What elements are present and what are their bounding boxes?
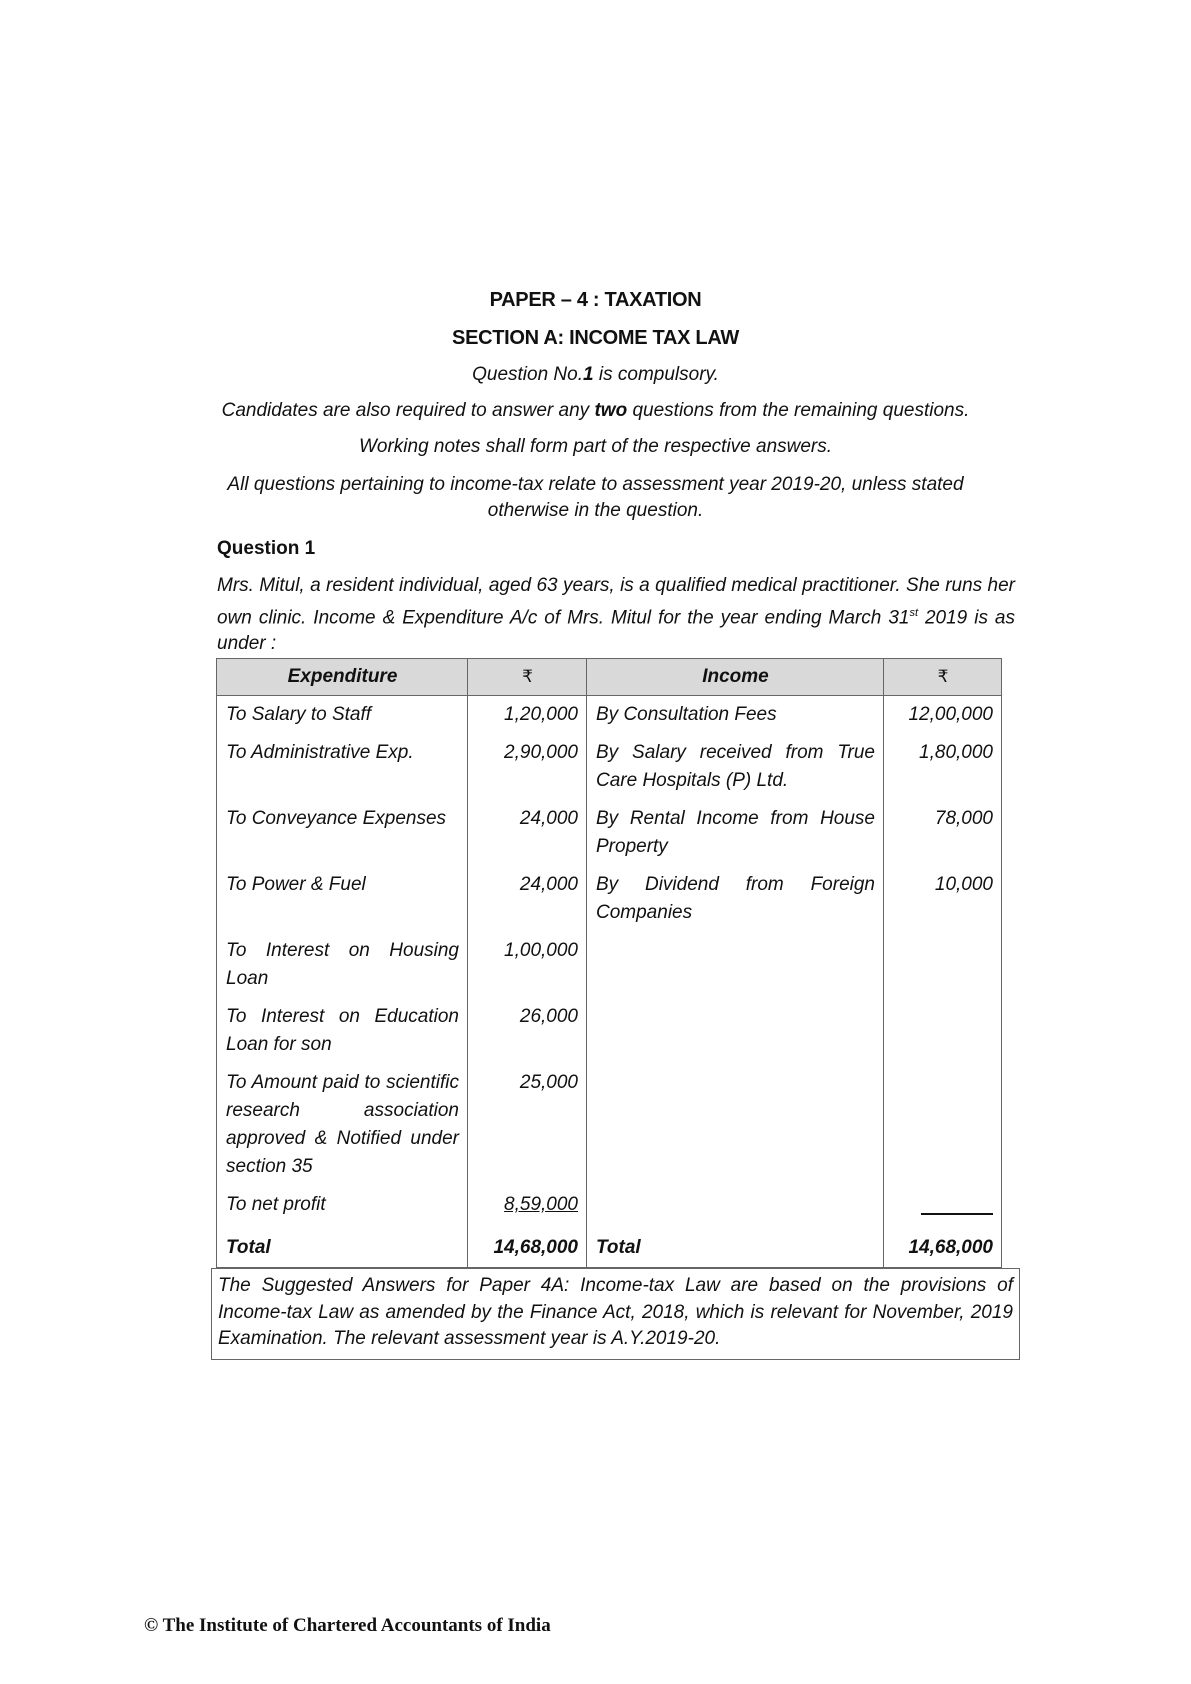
amount-value: 24,000: [520, 874, 578, 895]
total-label: Total: [217, 1229, 468, 1268]
table-row: To Power & Fuel24,000By Dividend from Fo…: [217, 866, 1002, 932]
header-rupee-icon: ₹: [468, 659, 587, 696]
instruction-text: Candidates are also required to answer a…: [222, 400, 595, 421]
expenditure-item: To Administrative Exp.: [217, 734, 468, 800]
income-item: By Salary received from True Care Hospit…: [587, 734, 884, 800]
instruction-emphasis: two: [594, 400, 627, 421]
total-label: Total: [587, 1229, 884, 1268]
instruction-line: All questions pertaining to income-tax r…: [227, 474, 963, 495]
rupee-icon: ₹: [522, 667, 533, 687]
amount-value: 1,20,000: [504, 704, 578, 725]
amount-value: 24,000: [520, 808, 578, 829]
income-item: [587, 932, 884, 998]
total-income: 14,68,000: [884, 1229, 1002, 1268]
expenditure-amount: 2,90,000: [468, 734, 587, 800]
expenditure-amount: 25,000: [468, 1064, 587, 1186]
expenditure-amount: 8,59,000: [468, 1186, 587, 1229]
income-item: [587, 998, 884, 1064]
table-row: To net profit8,59,000: [217, 1186, 1002, 1229]
income-amount: [884, 1186, 1002, 1229]
table-row: To Interest on Education Loan for son26,…: [217, 998, 1002, 1064]
amount-value: 8,59,000: [504, 1194, 578, 1215]
amount-value: 1,80,000: [919, 742, 993, 763]
instruction-line: otherwise in the question.: [488, 500, 703, 521]
total-row: Total14,68,000Total14,68,000: [217, 1229, 1002, 1268]
income-amount: 78,000: [884, 800, 1002, 866]
header-rupee-icon: ₹: [884, 659, 1002, 696]
amount-value: 26,000: [520, 1006, 578, 1027]
header-expenditure: Expenditure: [217, 659, 468, 696]
expenditure-item: To Amount paid to scientific research as…: [217, 1064, 468, 1186]
table-row: To Amount paid to scientific research as…: [217, 1064, 1002, 1186]
footer-copyright: © The Institute of Chartered Accountants…: [144, 1615, 551, 1637]
superscript: st: [909, 607, 918, 619]
instruction-text: is compulsory.: [594, 364, 719, 385]
amount-value: 25,000: [520, 1072, 578, 1093]
header-income: Income: [587, 659, 884, 696]
expenditure-item: To Conveyance Expenses: [217, 800, 468, 866]
table-row: To Salary to Staff1,20,000By Consultatio…: [217, 696, 1002, 735]
sum-rule: [921, 1213, 993, 1215]
income-amount: [884, 998, 1002, 1064]
paper-title: PAPER – 4 : TAXATION: [0, 289, 1191, 312]
income-item: By Dividend from Foreign Companies: [587, 866, 884, 932]
income-expenditure-table: Expenditure ₹ Income ₹ To Salary to Staf…: [216, 658, 1002, 1268]
rupee-icon: ₹: [938, 667, 949, 687]
income-item: By Rental Income from House Property: [587, 800, 884, 866]
expenditure-amount: 26,000: [468, 998, 587, 1064]
expenditure-item: To Salary to Staff: [217, 696, 468, 735]
table-row: To Administrative Exp.2,90,000By Salary …: [217, 734, 1002, 800]
income-item: [587, 1186, 884, 1229]
note-box: The Suggested Answers for Paper 4A: Inco…: [211, 1268, 1020, 1360]
instruction-choice: Candidates are also required to answer a…: [0, 400, 1191, 422]
expenditure-amount: 1,00,000: [468, 932, 587, 998]
expenditure-item: To net profit: [217, 1186, 468, 1229]
amount-value: 12,00,000: [908, 704, 993, 725]
income-item: [587, 1064, 884, 1186]
amount-value: 1,00,000: [504, 940, 578, 961]
instruction-text: Question No.: [472, 364, 583, 385]
expenditure-item: To Interest on Housing Loan: [217, 932, 468, 998]
question-body: Mrs. Mitul, a resident individual, aged …: [217, 573, 1015, 658]
total-expenditure: 14,68,000: [468, 1229, 587, 1268]
income-amount: 10,000: [884, 866, 1002, 932]
instruction-working-notes: Working notes shall form part of the res…: [0, 436, 1191, 458]
table-row: To Interest on Housing Loan1,00,000: [217, 932, 1002, 998]
income-amount: 12,00,000: [884, 696, 1002, 735]
expenditure-amount: 24,000: [468, 800, 587, 866]
table-row: To Conveyance Expenses24,000By Rental In…: [217, 800, 1002, 866]
income-item: By Consultation Fees: [587, 696, 884, 735]
table-header-row: Expenditure ₹ Income ₹: [217, 659, 1002, 696]
instruction-assessment-year: All questions pertaining to income-tax r…: [0, 472, 1191, 524]
expenditure-item: To Power & Fuel: [217, 866, 468, 932]
question-number: 1: [583, 364, 594, 385]
amount-value: 2,90,000: [504, 742, 578, 763]
amount-value: 78,000: [935, 808, 993, 829]
section-title: SECTION A: INCOME TAX LAW: [0, 327, 1191, 350]
income-amount: 1,80,000: [884, 734, 1002, 800]
income-amount: [884, 932, 1002, 998]
question-heading: Question 1: [217, 538, 315, 560]
question-text: Mrs. Mitul, a resident individual, aged …: [217, 575, 1015, 628]
expenditure-amount: 1,20,000: [468, 696, 587, 735]
income-amount: [884, 1064, 1002, 1186]
instruction-compulsory: Question No.1 is compulsory.: [0, 364, 1191, 386]
instruction-text: questions from the remaining questions.: [627, 400, 969, 421]
expenditure-amount: 24,000: [468, 866, 587, 932]
amount-value: 10,000: [935, 874, 993, 895]
expenditure-item: To Interest on Education Loan for son: [217, 998, 468, 1064]
